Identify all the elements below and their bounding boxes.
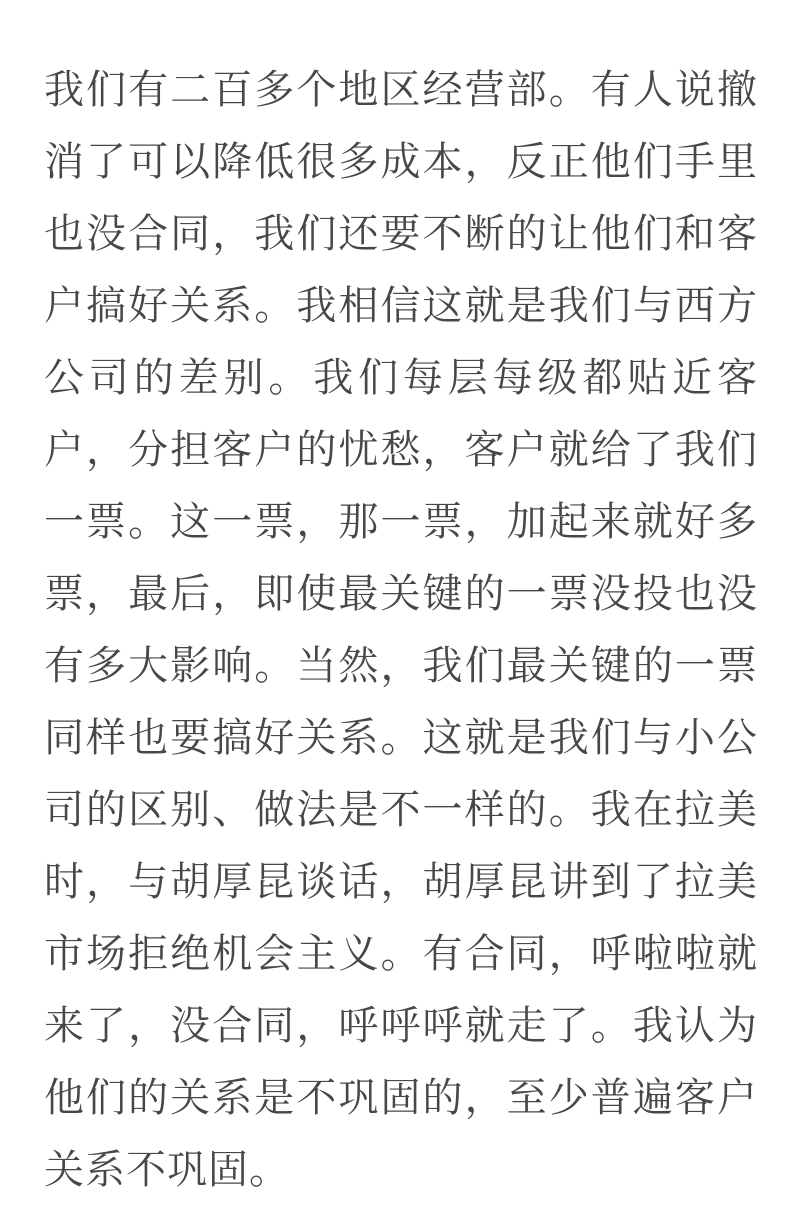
- text-line: 市场拒绝机会主义。有合同，呼啦啦就: [44, 918, 758, 990]
- text-line: 时，与胡厚昆谈话，胡厚昆讲到了拉美: [44, 846, 758, 918]
- text-line: 他们的关系是不巩固的，至少普遍客户: [44, 1062, 758, 1134]
- text-line: 我们有二百多个地区经营部。有人说撤: [44, 54, 758, 126]
- text-line: 来了，没合同，呼呼呼就走了。我认为: [44, 990, 758, 1062]
- text-line: 票，最后，即使最关键的一票没投也没: [44, 558, 758, 630]
- article-page: 我们有二百多个地区经营部。有人说撤消了可以降低很多成本，反正他们手里也没合同，我…: [0, 0, 800, 1211]
- text-line: 消了可以降低很多成本，反正他们手里: [44, 126, 758, 198]
- article-paragraph: 我们有二百多个地区经营部。有人说撤消了可以降低很多成本，反正他们手里也没合同，我…: [44, 54, 758, 1206]
- text-line: 户，分担客户的忧愁，客户就给了我们: [44, 414, 758, 486]
- text-line: 户搞好关系。我相信这就是我们与西方: [44, 270, 758, 342]
- text-line: 关系不巩固。: [44, 1134, 758, 1206]
- text-line: 一票。这一票，那一票，加起来就好多: [44, 486, 758, 558]
- text-line: 司的区别、做法是不一样的。我在拉美: [44, 774, 758, 846]
- text-line: 也没合同，我们还要不断的让他们和客: [44, 198, 758, 270]
- text-line: 同样也要搞好关系。这就是我们与小公: [44, 702, 758, 774]
- text-line: 公司的差别。我们每层每级都贴近客: [44, 342, 758, 414]
- text-line: 有多大影响。当然，我们最关键的一票: [44, 630, 758, 702]
